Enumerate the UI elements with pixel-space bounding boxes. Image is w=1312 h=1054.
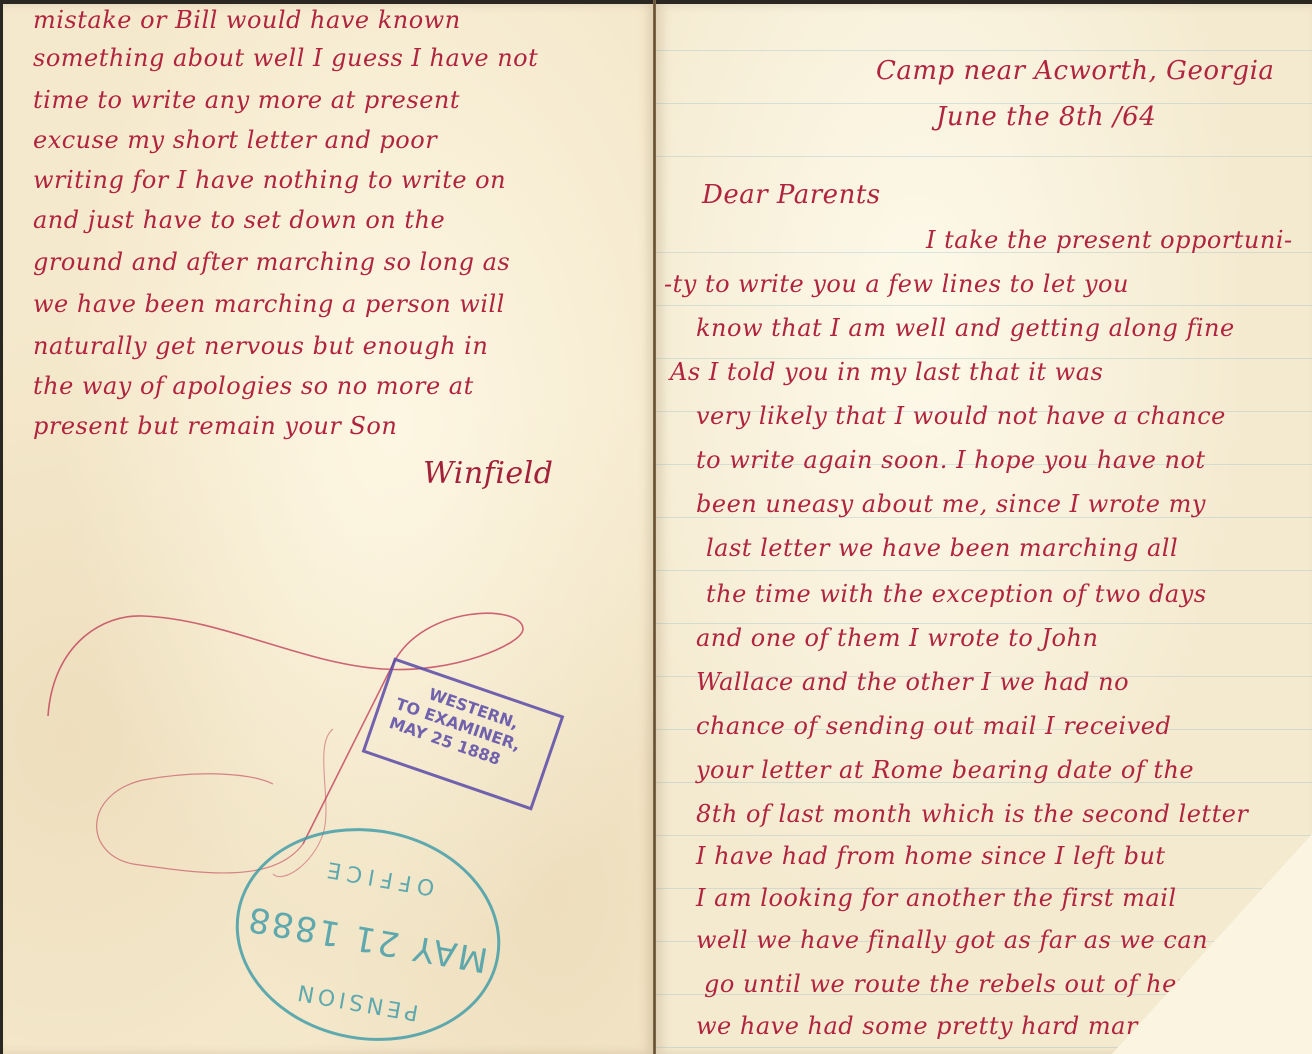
right-line-16: I am looking for another the first mail bbox=[696, 884, 1177, 912]
right-line-13: your letter at Rome bearing date of the bbox=[696, 756, 1194, 784]
right-line-9: the time with the exception of two days bbox=[706, 580, 1207, 608]
letter-spread: mistake or Bill would have known somethi… bbox=[0, 0, 1312, 1054]
right-line-8: last letter we have been marching all bbox=[706, 534, 1178, 562]
right-line-15: I have had from home since I left but bbox=[696, 842, 1166, 870]
right-line-1: I take the present opportuni- bbox=[926, 226, 1293, 254]
right-line-5: very likely that I would not have a chan… bbox=[696, 402, 1226, 430]
right-line-10: and one of them I wrote to John bbox=[696, 624, 1098, 652]
right-line-17: well we have finally got as far as we ca… bbox=[696, 926, 1208, 954]
heading-place: Camp near Acworth, Georgia bbox=[876, 56, 1274, 86]
stamp-oval-date: MAY 21 1888 bbox=[236, 897, 499, 982]
right-line-6: to write again soon. I hope you have not bbox=[696, 446, 1206, 474]
right-line-4: As I told you in my last that it was bbox=[670, 358, 1103, 386]
right-line-11: Wallace and the other I we had no bbox=[696, 668, 1129, 696]
salutation: Dear Parents bbox=[702, 180, 881, 210]
right-line-7: been uneasy about me, since I wrote my bbox=[696, 490, 1206, 518]
right-line-19: we have had some pretty hard marching bbox=[696, 1012, 1208, 1040]
right-line-12: chance of sending out mail I received bbox=[696, 712, 1171, 740]
right-line-14: 8th of last month which is the second le… bbox=[696, 800, 1248, 828]
right-line-3: know that I am well and getting along fi… bbox=[696, 314, 1235, 342]
left-page: mistake or Bill would have known somethi… bbox=[3, 4, 654, 1054]
right-line-18: go until we route the rebels out of here… bbox=[704, 970, 1212, 998]
right-line-2: -ty to write you a few lines to let you bbox=[664, 270, 1129, 298]
right-page: Camp near Acworth, Georgia June the 8th … bbox=[656, 4, 1312, 1054]
heading-date: June the 8th /64 bbox=[936, 102, 1156, 132]
